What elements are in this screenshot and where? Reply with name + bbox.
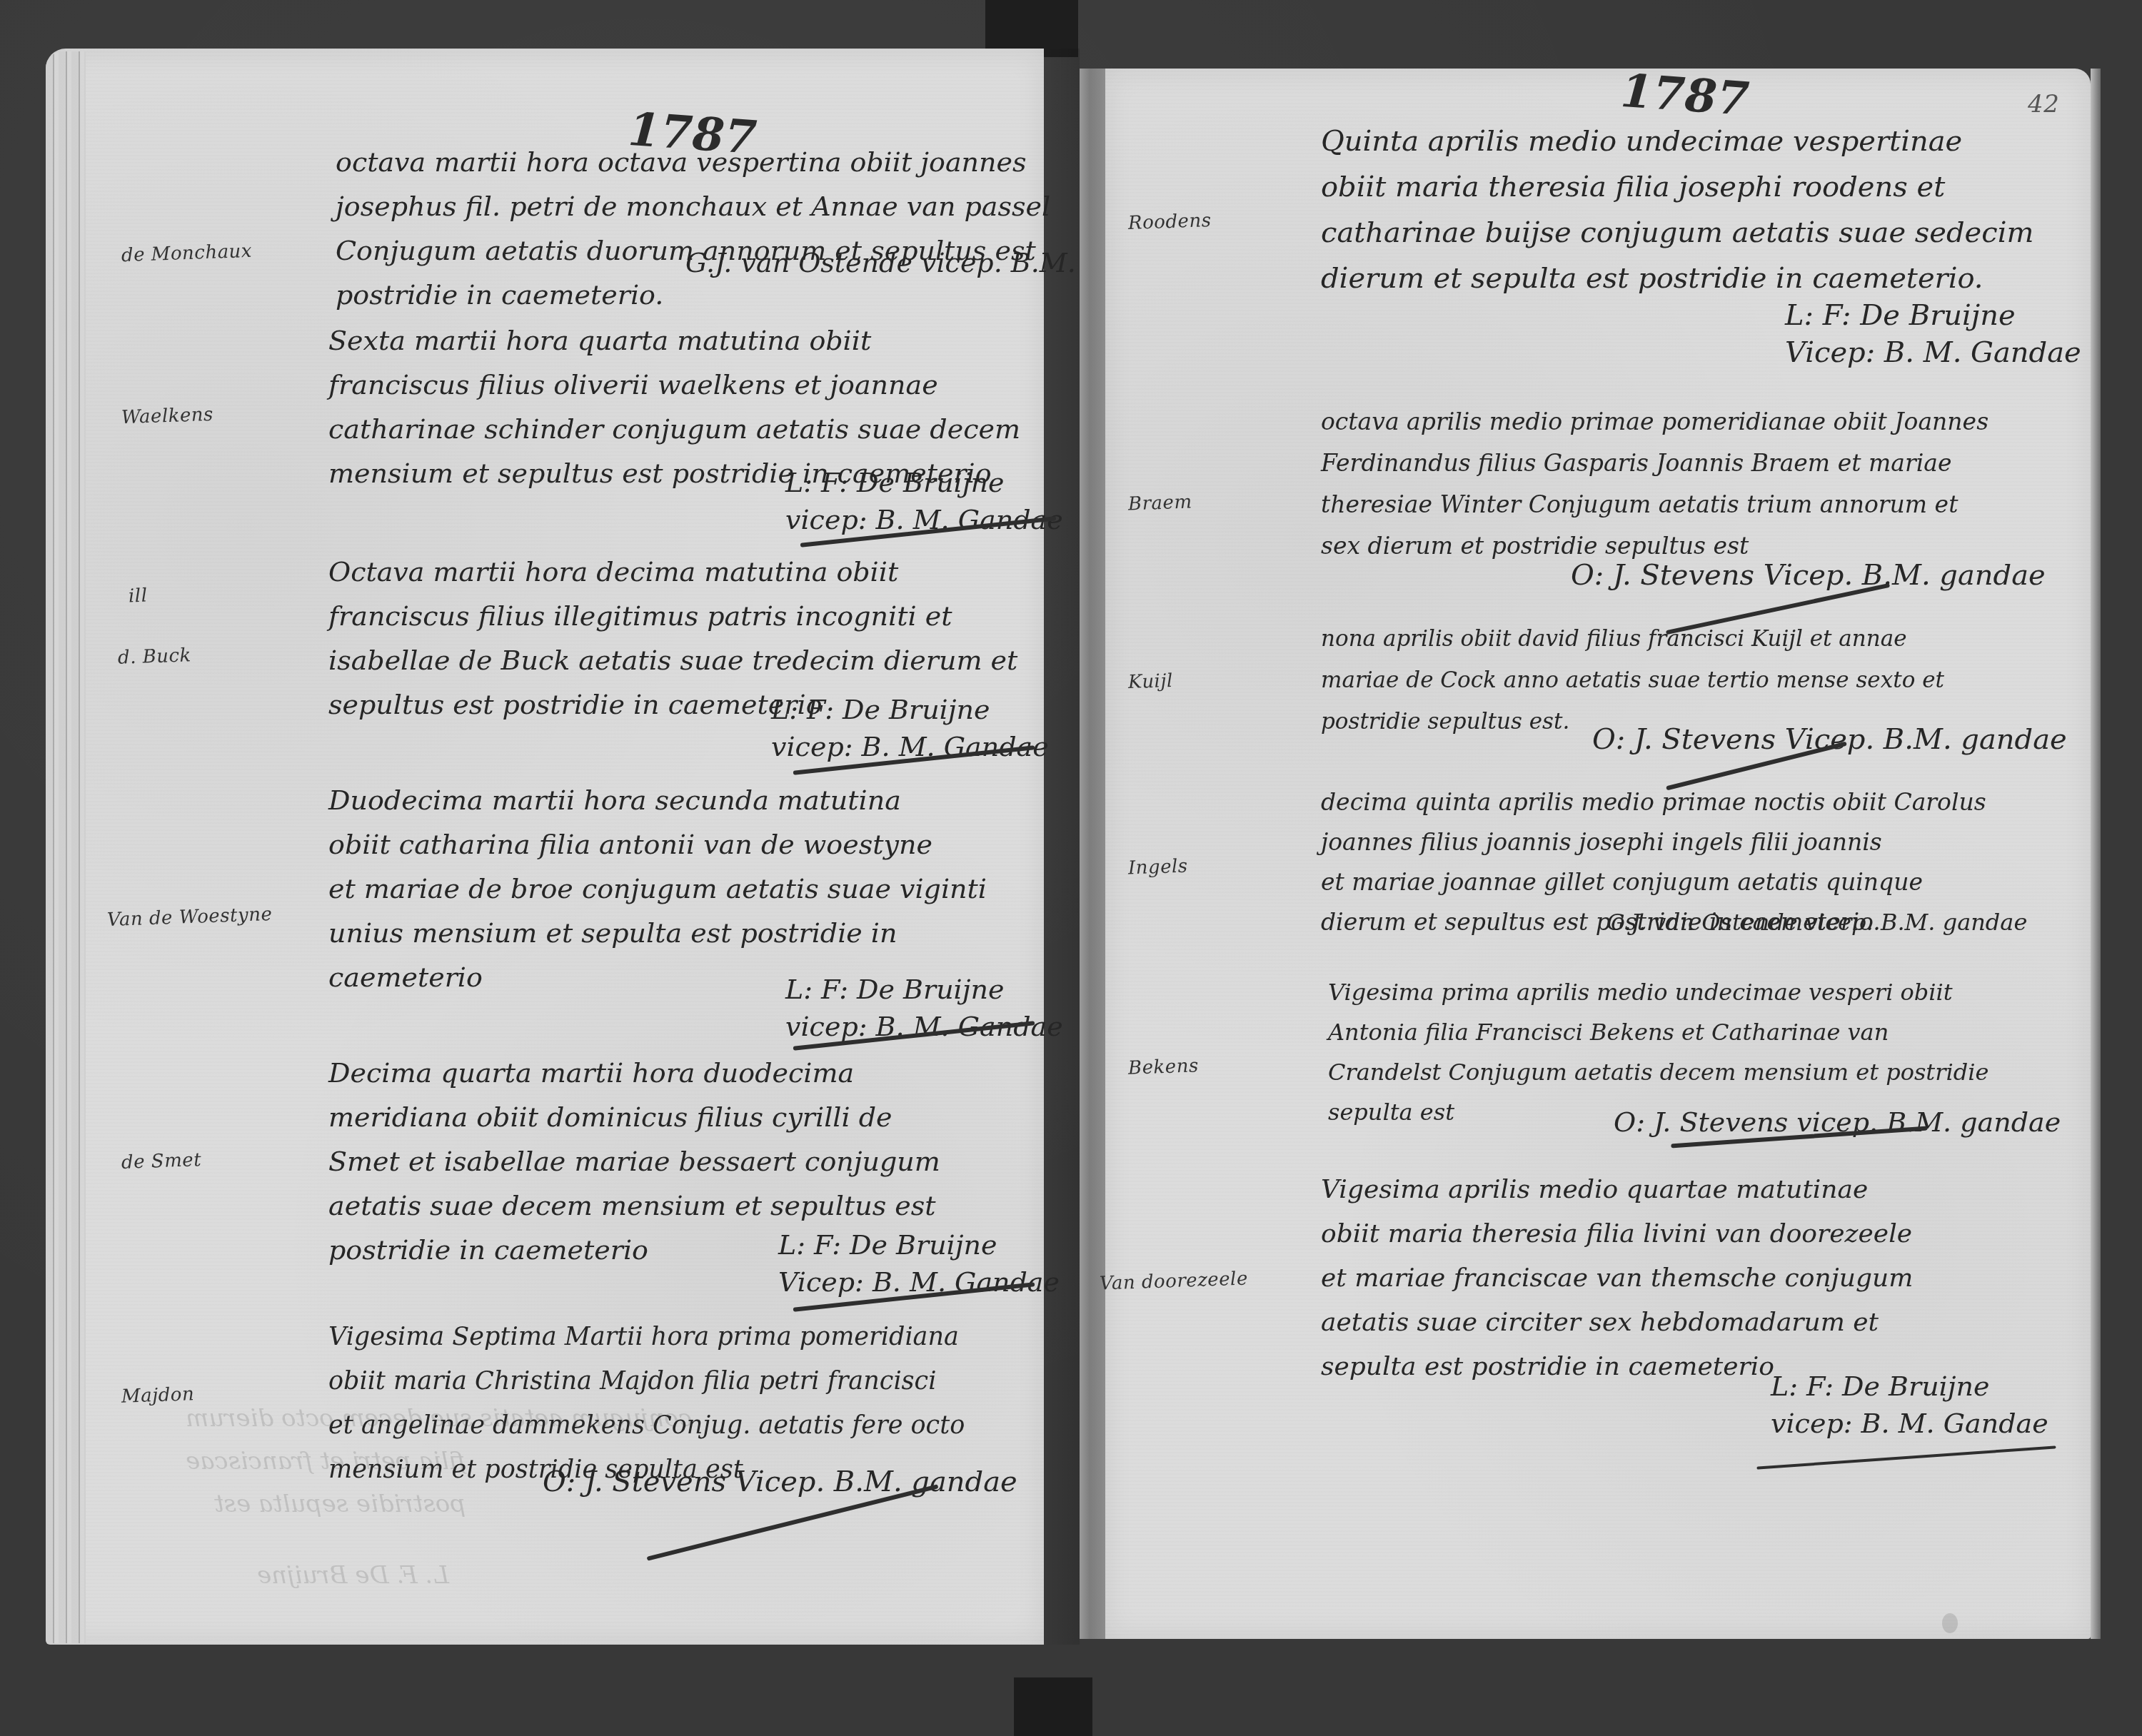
entry-line: Ferdinandus filius Gasparis Joannis Brae…: [1321, 443, 1988, 484]
signature-line: O: J. Stevens Vicep. B.M. gandae: [1571, 557, 2046, 594]
folio-number: 42: [2028, 90, 2059, 118]
entry-line: octava aprilis medio primae pomeridianae…: [1321, 401, 1988, 443]
priest-signature: L: F: De Bruijne Vicep: B. M. Gandae: [778, 1226, 1060, 1301]
signature-line: G.J. van Ostende vicep. B.M. gandae: [1606, 904, 2027, 941]
signature-line: L: F: De Bruijne: [771, 691, 1049, 728]
margin-surname: Bekens: [1128, 1055, 1200, 1079]
entry-line: octava martii hora octava vespertina obi…: [336, 140, 1050, 184]
margin-surname: de Monchaux: [121, 241, 253, 266]
margin-surname: Braem: [1128, 491, 1193, 515]
entry-line: mariae de Cock anno aetatis suae tertio …: [1321, 660, 1944, 701]
entry-line: et mariae joannae gillet conjugum aetati…: [1321, 862, 1986, 902]
signature-line: L: F: De Bruijne: [785, 971, 1063, 1008]
burial-entry: Duodecima martii hora secunda matutina o…: [328, 778, 987, 999]
entry-line: theresiae Winter Conjugum aetatis trium …: [1321, 484, 1988, 525]
bleed-through-text: L. F. De Bruijne: [257, 1556, 449, 1595]
entry-line: obiit maria Christina Majdon filia petri…: [328, 1359, 965, 1403]
entry-line: Decima quarta martii hora duodecima: [328, 1051, 940, 1095]
signature-line: L: F: De Bruijne: [785, 464, 1063, 501]
signature-line: L: F: De Bruijne: [1771, 1368, 2048, 1405]
signature-line: O: J. Stevens Vicep. B.M. gandae: [1592, 721, 2067, 758]
binding-bottom: [1014, 1677, 1092, 1736]
signature-line: Vicep: B. M. Gandae: [1785, 334, 2081, 371]
priest-signature: L: F: De Bruijne Vicep: B. M. Gandae: [1785, 297, 2081, 371]
entry-line: franciscus filius illegitimus patris inc…: [328, 594, 1017, 638]
margin-surname: Majdon: [121, 1383, 195, 1408]
entry-line: Sexta martii hora quarta matutina obiit: [328, 318, 1020, 363]
entry-line: Duodecima martii hora secunda matutina: [328, 778, 987, 822]
priest-signature: G.J. van Ostende vicep. B.M. gandae: [1606, 904, 2027, 941]
margin-surname: Roodens: [1128, 210, 1212, 234]
margin-surname: ill: [128, 585, 147, 607]
entry-line: Quinta aprilis medio undecimae vespertin…: [1321, 118, 2033, 164]
priest-signature: O: J. Stevens Vicep. B.M. gandae: [1571, 557, 2046, 594]
signature-line: O: J. Stevens Vicep. B.M. gandae: [543, 1463, 1017, 1500]
entry-line: catharinae schinder conjugum aetatis sua…: [328, 407, 1020, 451]
burial-entry: octava aprilis medio primae pomeridianae…: [1321, 401, 1988, 567]
margin-surname: Waelkens: [121, 404, 214, 428]
entry-line: Octava martii hora decima matutina obiit: [328, 550, 1017, 594]
entry-line: decima quinta aprilis medio primae nocti…: [1321, 782, 1986, 822]
entry-line: dierum et sepulta est postridie in caeme…: [1321, 256, 2033, 301]
entry-line: aetatis suae decem mensium et sepultus e…: [328, 1184, 940, 1228]
signature-line: L: F: De Bruijne: [1785, 297, 2081, 334]
priest-signature: L: F: De Bruijne vicep: B. M. Gandae: [771, 691, 1049, 765]
entry-line: et mariae de broe conjugum aetatis suae …: [328, 867, 987, 911]
entry-line: Antonia filia Francisci Bekens et Cathar…: [1328, 1012, 1988, 1052]
entry-line: nona aprilis obiit david filius francisc…: [1321, 618, 1944, 660]
page-stack-edge: [46, 51, 86, 1643]
priest-signature: L: F: De Bruijne vicep: B. M. Gandae: [1771, 1368, 2048, 1442]
burial-entry: Quinta aprilis medio undecimae vespertin…: [1321, 118, 2033, 301]
margin-surname: Kuijl: [1127, 670, 1173, 693]
priest-signature: O: J. Stevens Vicep. B.M. gandae: [543, 1463, 1017, 1500]
entry-line: Vigesima Septima Martii hora prima pomer…: [328, 1315, 965, 1359]
margin-surname: Ingels: [1128, 856, 1189, 879]
entry-line: obiit maria theresia filia josephi roode…: [1321, 164, 2033, 210]
book-gutter: [1080, 69, 1105, 1639]
entry-line: Crandelst Conjugum aetatis decem mensium…: [1328, 1052, 1988, 1092]
margin-surname: d. Buck: [118, 645, 192, 669]
entry-line: obiit catharina filia antonii van de woe…: [328, 822, 987, 867]
priest-signature: L: F: De Bruijne vicep: B. M. Gandae: [785, 464, 1063, 538]
entry-line: franciscus filius oliverii waelkens et j…: [328, 363, 1020, 407]
signature-line: L: F: De Bruijne: [778, 1226, 1060, 1263]
entry-line: josephus fil. petri de monchaux et Annae…: [336, 184, 1050, 228]
signature-line: vicep: B. M. Gandae: [1771, 1405, 2048, 1442]
margin-surname: de Smet: [121, 1149, 202, 1174]
entry-line: Smet et isabellae mariae bessaert conjug…: [328, 1139, 940, 1184]
entry-line: et angelinae dammekens Conjug. aetatis f…: [328, 1403, 965, 1448]
entry-line: Vigesima prima aprilis medio undecimae v…: [1328, 972, 1988, 1012]
priest-signature: G.J. van Ostende vicep. B.M.: [685, 244, 1076, 281]
entry-line: et mariae franciscae van themsche conjug…: [1321, 1256, 1913, 1301]
entry-line: isabellae de Buck aetatis suae tredecim …: [328, 638, 1017, 682]
priest-signature: O: J. Stevens Vicep. B.M. gandae: [1592, 721, 2067, 758]
entry-line: obiit maria theresia filia livini van do…: [1321, 1212, 1913, 1256]
entry-line: aetatis suae circiter sex hebdomadarum e…: [1321, 1301, 1913, 1345]
year-heading-right: 1787: [1619, 64, 1751, 126]
entry-line: meridiana obiit dominicus filius cyrilli…: [328, 1095, 940, 1139]
entry-line: Vigesima aprilis medio quartae matutinae: [1321, 1168, 1913, 1212]
right-page-edge: [2091, 69, 2101, 1639]
entry-line: catharinae buijse conjugum aetatis suae …: [1321, 210, 2033, 256]
entry-line: joannes filius joannis josephi ingels fi…: [1321, 822, 1986, 862]
burial-entry: octava martii hora octava vespertina obi…: [336, 140, 1050, 317]
paper-stain: [1942, 1613, 1958, 1633]
entry-line: unius mensium et sepulta est postridie i…: [328, 911, 987, 955]
signature-line: G.J. van Ostende vicep. B.M.: [685, 244, 1076, 281]
burial-entry: Vigesima aprilis medio quartae matutinae…: [1321, 1168, 1913, 1389]
